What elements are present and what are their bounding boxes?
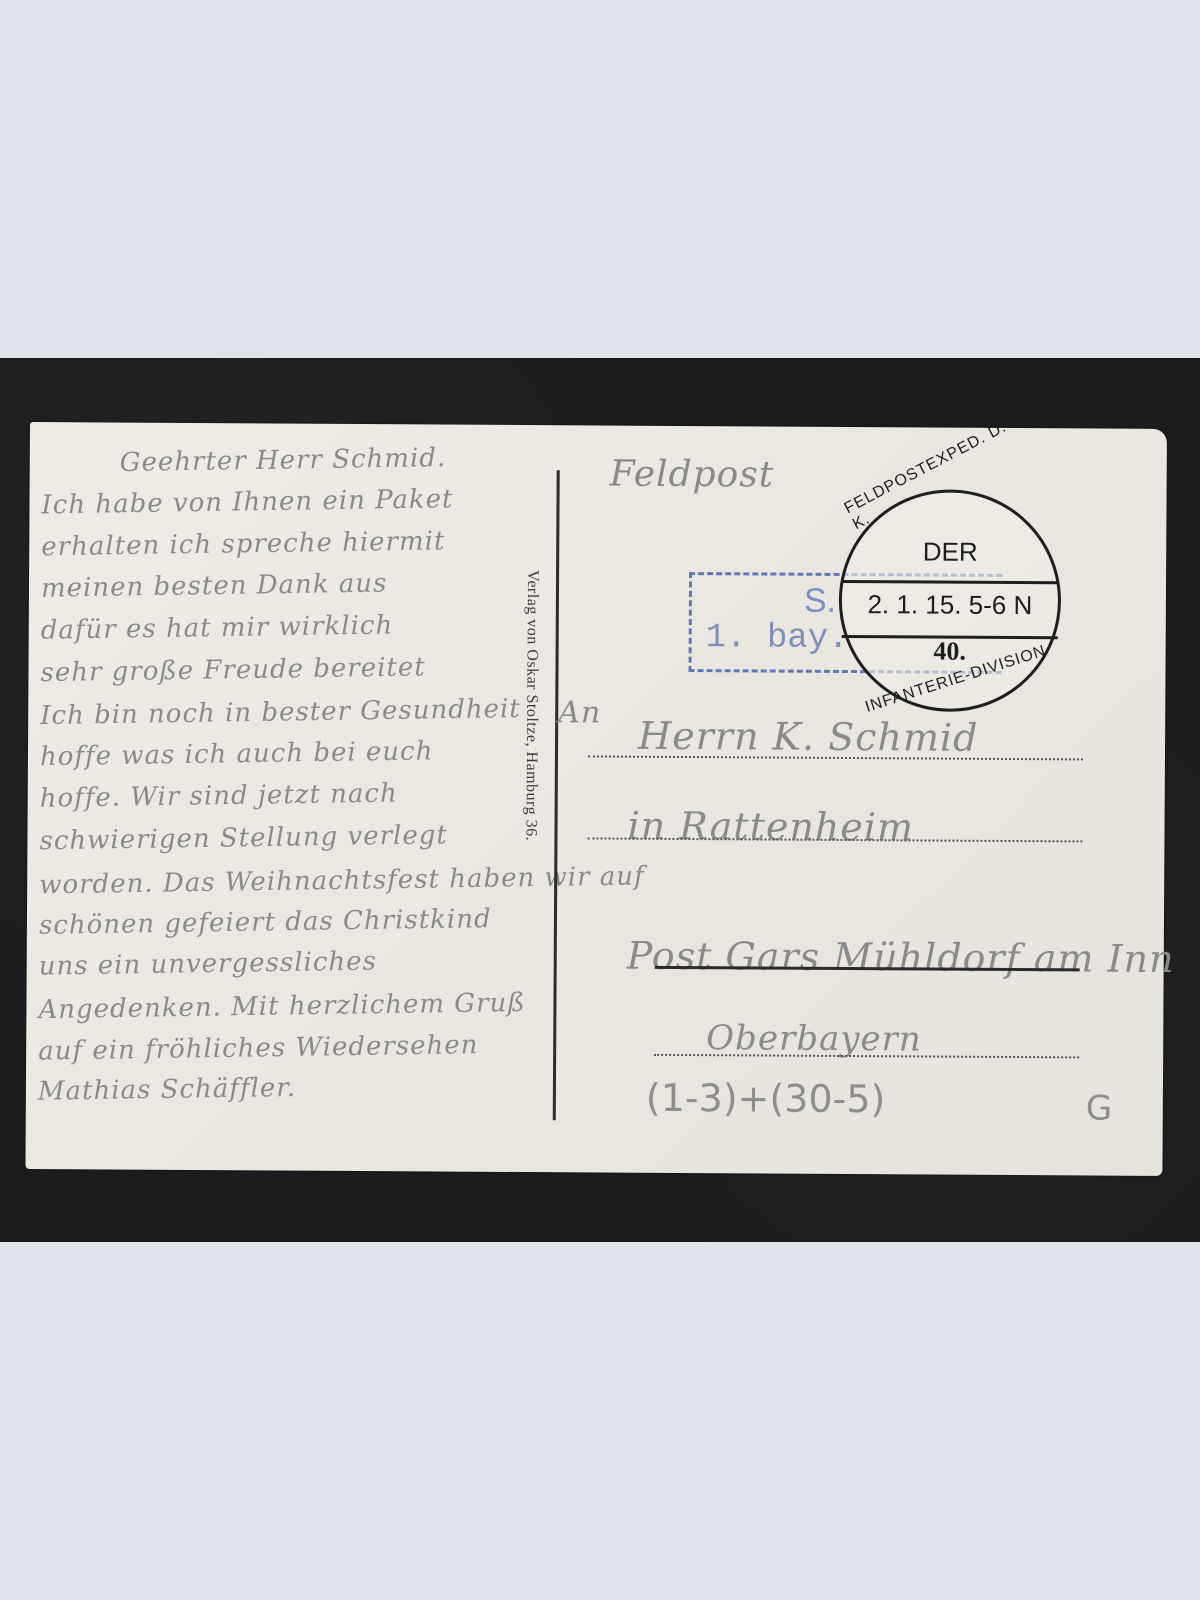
message-line: schönen gefeiert das Christkind <box>39 904 492 941</box>
postmark-arc-top: FELDPOSTEXPED. D. K. <box>842 409 1036 534</box>
address-line-1 <box>588 755 1083 760</box>
message-line: sehr große Freude bereitet <box>40 652 426 688</box>
message-line: erhalten ich spreche hiermit <box>41 526 446 562</box>
message-line: dafür es hat mir wirklich <box>41 611 394 646</box>
divider-line <box>553 470 560 1120</box>
corner-mark: G <box>1086 1088 1113 1128</box>
address-post: Post Gars Mühldorf am Inn <box>627 934 1175 981</box>
postcard: Geehrter Herr Schmid.Ich habe von Ihnen … <box>25 422 1167 1176</box>
message-line: Ich habe von Ihnen ein Paket <box>41 484 453 520</box>
address-recipient: Herrn K. Schmid <box>638 714 979 760</box>
postmark-center: DER <box>842 536 1058 568</box>
feldpost-note: Feldpost <box>610 454 775 496</box>
address-town: in Rattenheim <box>627 804 914 850</box>
publisher-imprint: Verlag von Oskar Stoltze, Hamburg 36. <box>521 570 541 841</box>
message-line: Ich bin noch in bester Gesundheit <box>40 694 521 731</box>
message-line: Mathias Schäffler. <box>38 1073 297 1107</box>
message-line: schwierigen Stellung verlegt <box>39 820 448 856</box>
message-line: hoffe was ich auch bei euch <box>40 736 434 772</box>
message-line: meinen besten Dank aus <box>41 569 388 604</box>
address-salutation: An <box>558 695 601 730</box>
postmark-date: 2. 1. 15. 5-6 N <box>842 589 1058 621</box>
message-line: uns ein unvergessliches <box>38 947 377 982</box>
unit-stamp-line1: S. <box>804 582 836 621</box>
message-line: Geehrter Herr Schmid. <box>120 443 447 478</box>
unit-stamp-line2: 1. bay. <box>706 619 849 658</box>
message-line: hoffe. Wir sind jetzt nach <box>40 779 398 814</box>
pencil-notation: (1-3)+(30-5) <box>646 1076 886 1121</box>
message-line: Angedenken. Mit herzlichem Gruß <box>38 988 526 1025</box>
message-line: auf ein fröhliches Wiedersehen <box>38 1030 479 1067</box>
address-region: Oberbayern <box>706 1018 922 1059</box>
postmark: FELDPOSTEXPED. D. K. DER 2. 1. 15. 5-6 N… <box>838 489 1061 712</box>
